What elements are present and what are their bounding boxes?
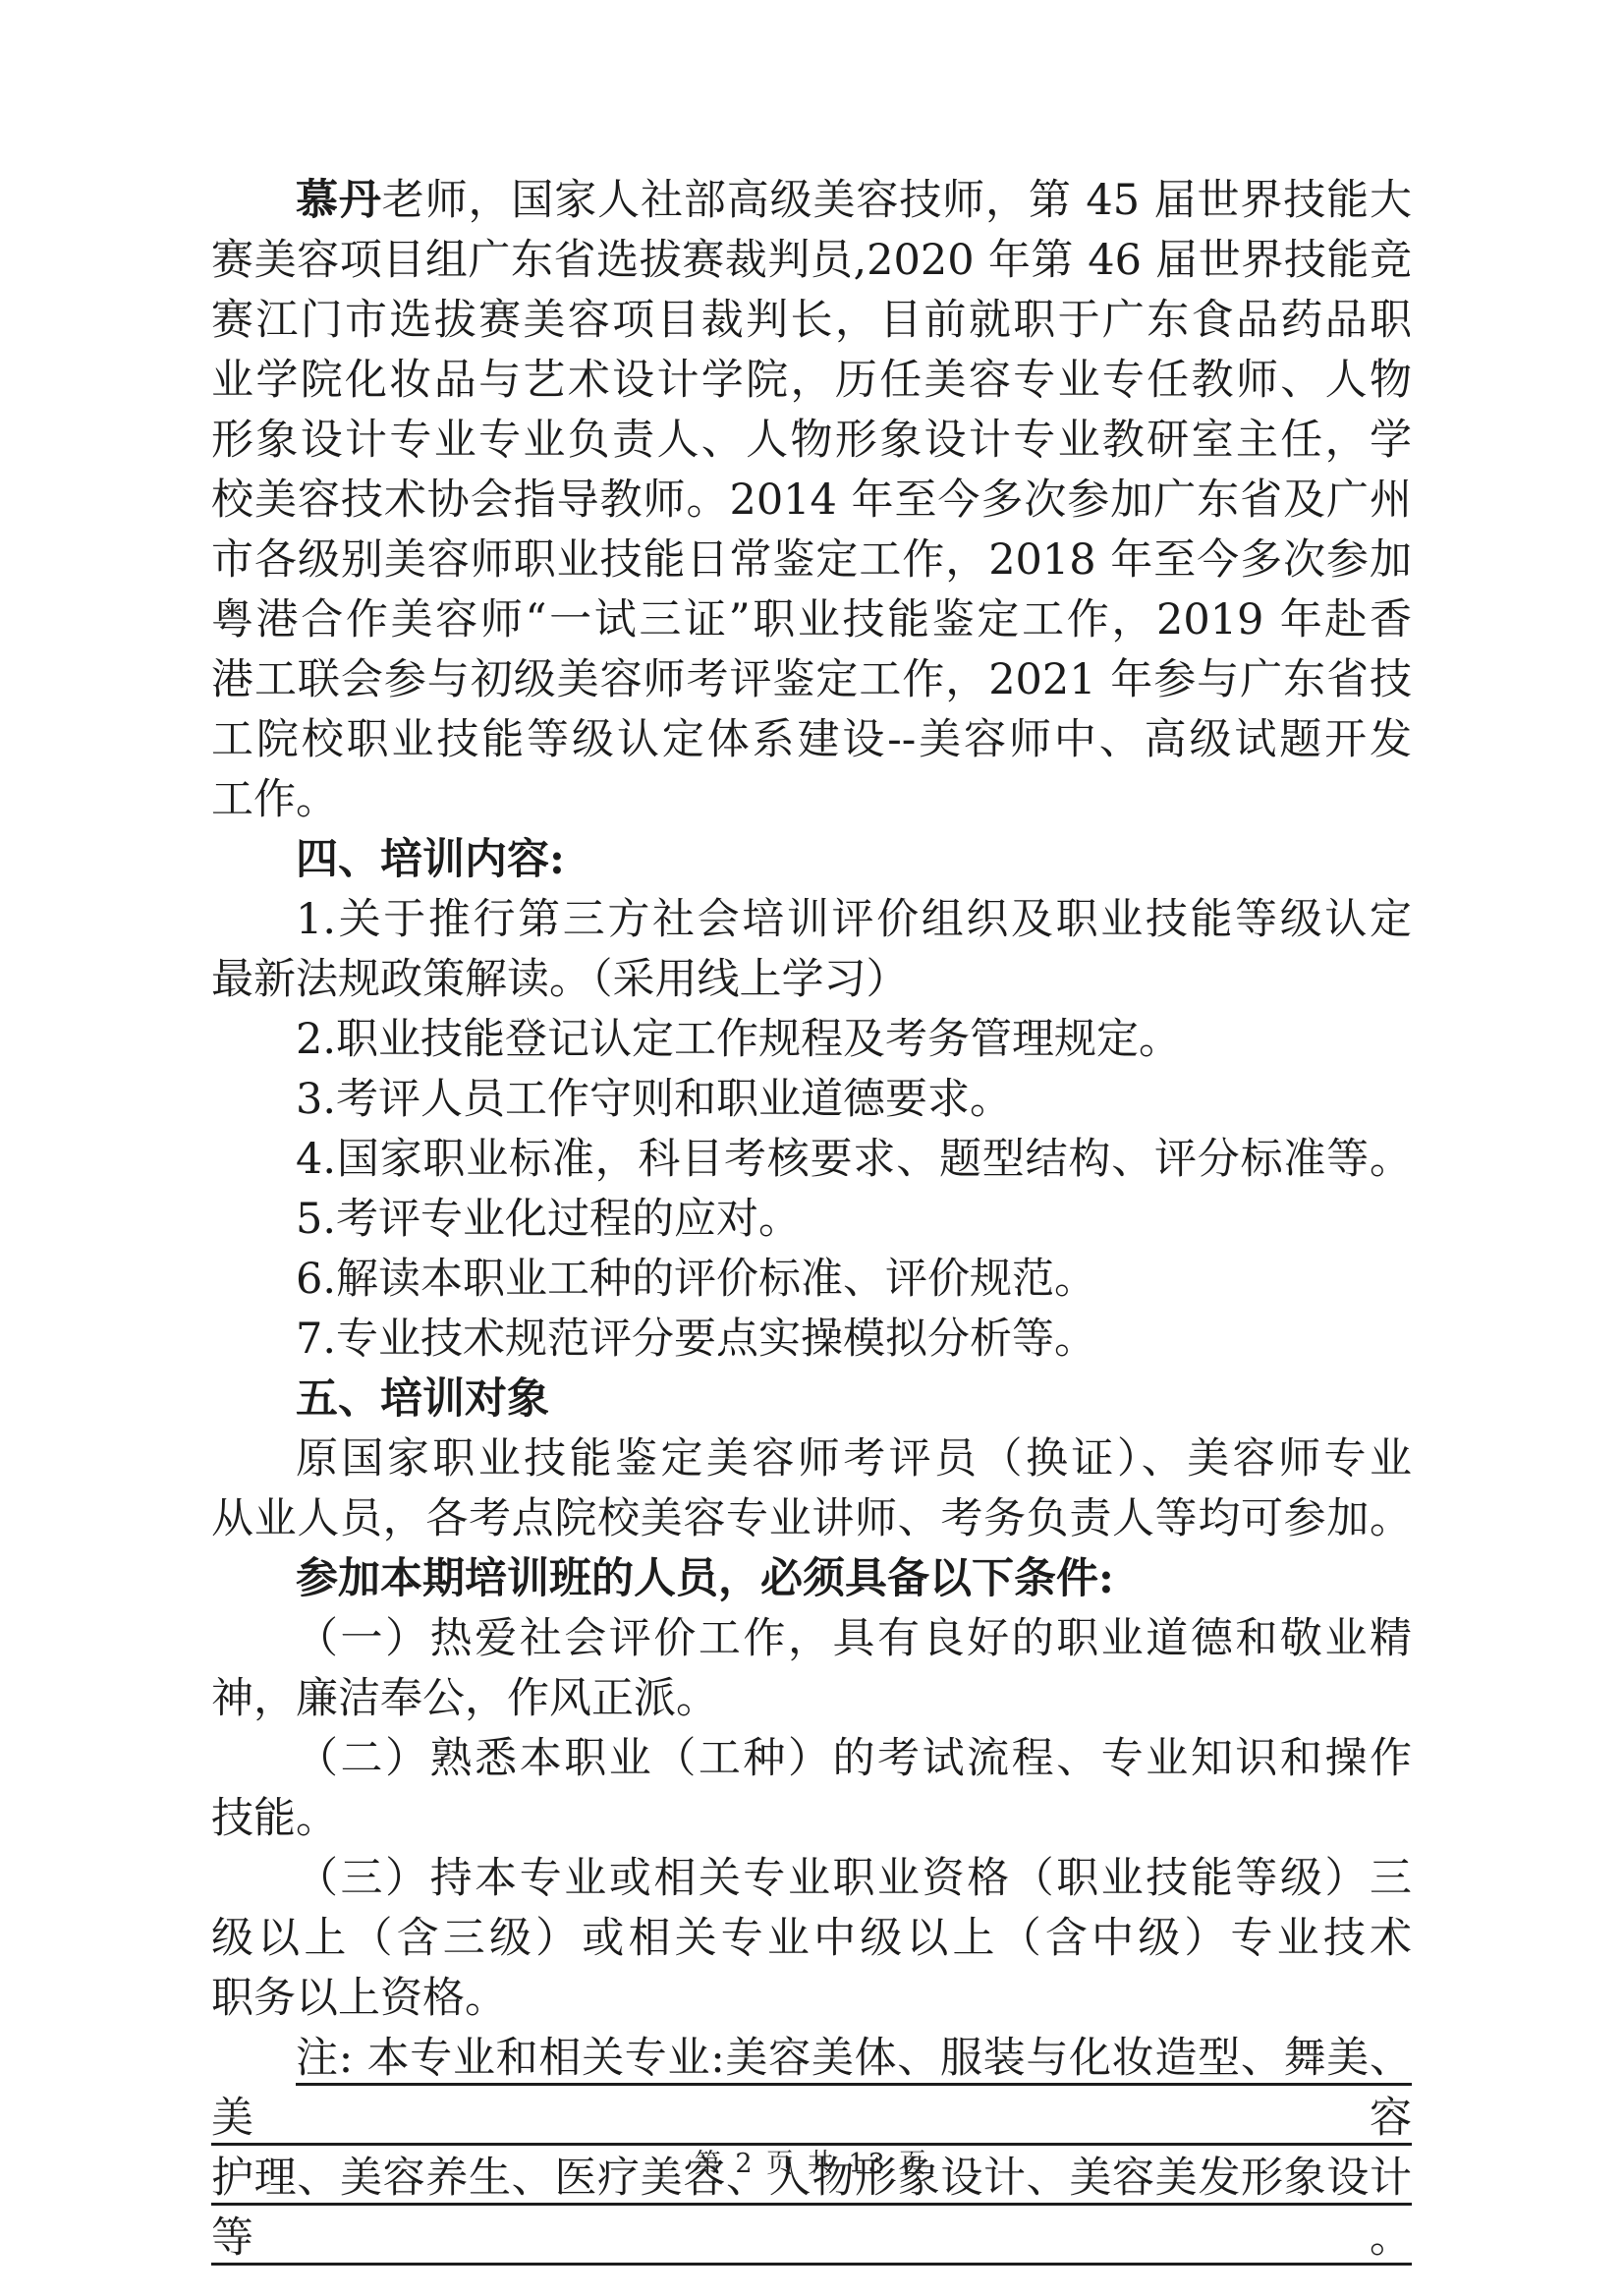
list-item-line: 5.考评专业化过程的应对。 <box>211 1190 1412 1250</box>
page-number: 第 2 页 共 13 页 <box>0 2142 1623 2180</box>
intro-line: 工院校职业技能等级认定体系建设--美容师中、高级试题开发 <box>211 710 1412 770</box>
section-heading-training-content: 四、培训内容: <box>211 830 1412 890</box>
note-line: 注: 本专业和相关专业:美容美体、服装与化妆造型、舞美、美容 <box>211 2029 1412 2149</box>
requirement-line: 级以上（含三级）或相关专业中级以上（含中级）专业技术 <box>211 1909 1412 1969</box>
requirement-line: 神，廉洁奉公，作风正派。 <box>211 1669 1412 1729</box>
list-item-line: 4.国家职业标准，科目考核要求、题型结构、评分标准等。 <box>211 1130 1412 1190</box>
document-page: 慕丹老师，国家人社部高级美容技师，第 45 届世界技能大 赛美容项目组广东省选拔… <box>0 0 1623 2296</box>
document-body: 慕丹老师，国家人社部高级美容技师，第 45 届世界技能大 赛美容项目组广东省选拔… <box>211 171 1412 2268</box>
intro-line: 业学院化妆品与艺术设计学院，历任美容专业专任教师、人物 <box>211 351 1412 411</box>
list-item-line: 2.职业技能登记认定工作规程及考务管理规定。 <box>211 1010 1412 1070</box>
intro-line: 校美容技术协会指导教师。2014 年至今多次参加广东省及广州 <box>211 471 1412 531</box>
intro-line-text: 老师，国家人社部高级美容技师，第 45 届世界技能大 <box>382 176 1412 225</box>
list-item-line: 6.解读本职业工种的评价标准、评价规范。 <box>211 1250 1412 1310</box>
intro-line: 市各级别美容师职业技能日常鉴定工作，2018 年至今多次参加 <box>211 531 1412 590</box>
paragraph-line: 从业人员，各考点院校美容专业讲师、考务负责人等均可参加。 <box>211 1489 1412 1549</box>
intro-line: 赛江门市选拔赛美容项目裁判长，目前就职于广东食品药品职 <box>211 291 1412 351</box>
paragraph-line: 原国家职业技能鉴定美容师考评员（换证）、美容师专业 <box>211 1429 1412 1489</box>
intro-line: 港工联会参与初级美容师考评鉴定工作，2021 年参与广东省技 <box>211 650 1412 710</box>
intro-line: 形象设计专业专业负责人、人物形象设计专业教研室主任，学 <box>211 411 1412 471</box>
requirement-line: （三）持本专业或相关专业职业资格（职业技能等级）三 <box>211 1849 1412 1909</box>
instructor-name: 慕丹 <box>296 176 382 225</box>
requirement-line: 技能。 <box>211 1789 1412 1849</box>
requirement-line: （二）熟悉本职业（工种）的考试流程、专业知识和操作 <box>211 1729 1412 1789</box>
intro-line: 慕丹老师，国家人社部高级美容技师，第 45 届世界技能大 <box>211 171 1412 231</box>
list-item-line: 1.关于推行第三方社会培训评价组织及职业技能等级认定 <box>211 890 1412 950</box>
intro-line: 工作。 <box>211 770 1412 830</box>
list-item-line: 3.考评人员工作守则和职业道德要求。 <box>211 1070 1412 1130</box>
intro-line: 粤港合作美容师“一试三证”职业技能鉴定工作，2019 年赴香 <box>211 590 1412 650</box>
list-item-line: 7.专业技术规范评分要点实操模拟分析等。 <box>211 1310 1412 1370</box>
list-item-line: 最新法规政策解读。（采用线上学习） <box>211 950 1412 1010</box>
requirement-line: 职务以上资格。 <box>211 1969 1412 2029</box>
requirement-line: （一）热爱社会评价工作，具有良好的职业道德和敬业精 <box>211 1609 1412 1669</box>
intro-line: 赛美容项目组广东省选拔赛裁判员,2020 年第 46 届世界技能竞 <box>211 231 1412 291</box>
requirements-intro: 参加本期培训班的人员，必须具备以下条件: <box>211 1549 1412 1609</box>
section-heading-training-audience: 五、培训对象 <box>211 1370 1412 1429</box>
